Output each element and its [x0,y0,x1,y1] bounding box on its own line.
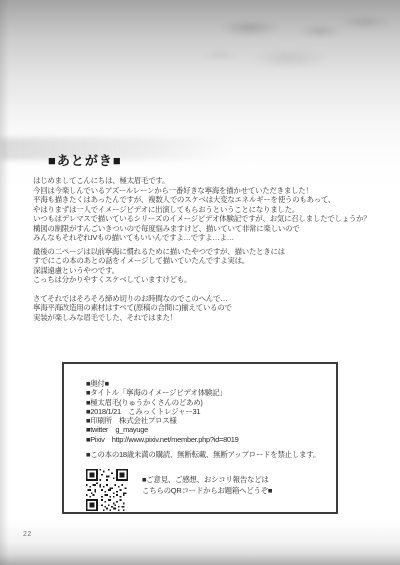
afterword-line: やはりまずは一人でイメージビデオに出演してもらおうということになりました。 [33,205,374,215]
afterword-line: 今回は今楽しんでいるアズールレーンから一番好きな寧海を描かせていただきました！ [33,186,374,196]
afterword-line: いつもはデレマスで描いているシリーズのイメージビデオ体験記ですが、お気に召しまし… [33,214,374,224]
colophon-circle-name: ■極太眉毛(りゅうかくさんのどあめ) [86,398,336,407]
page-number: 22 [23,531,32,538]
colophon-twitter: ■twitter g_mayuge [86,425,336,434]
afterword-paragraph-1: はじめましてこんにちは、極太眉毛です。 今回は今楽しんでいるアズールレーンから一… [33,176,374,243]
afterword-line: はじめましてこんにちは、極太眉毛です。 [33,176,374,186]
afterword-line: 実装が楽しみな眉毛でした、それではまた！ [33,313,374,323]
colophon-title: ■タイトル「寧海のイメージビデオ体験記」 [86,388,336,397]
afterword-line: 寧海平海改造用の素材はすべて(原稿の合間に)揃えているので [33,303,374,313]
qr-note-line-1: ■ご意見、ご感想、おシコリ報告などは [142,474,272,485]
colophon-event-date: ■2018/1/21 こみっくトレジャー31 [86,407,336,416]
afterword-paragraph-2: 最後の二ページは以前寧海に慣れるために描いたやつですが、描いたときには すでにこ… [33,247,374,285]
afterword-line: 深謀遠慮というやつです。 [33,266,374,276]
afterword-line: みんなもそれぞれIVもの描いてもいいんですよ…ですよ…よ… [33,233,374,243]
afterword-line: すでにこの本のあとの話をイメージして描いていたんですよ実は。 [33,256,374,266]
colophon-notice: ■この本の18歳未満の購読、無断転載、無断アップロードを禁止します。 [86,450,336,459]
colophon-heading: ■奥付■ [86,379,336,388]
afterword-line: 構図の制限がすんごいきついので毎度悩みますけど、描いていて非常に楽しいので [33,224,374,234]
qr-code-icon [86,469,128,511]
afterword-section: ■あとがき■ はじめましてこんにちは、極太眉毛です。 今回は今楽しんでいるアズー… [33,153,374,322]
afterword-line: こっちは分かりやすくスケベしていますけども。 [33,275,374,285]
qr-block: ■ご意見、ご感想、おシコリ報告などは こちらのQRコードからお題箱へどうぞ■ [86,469,336,511]
colophon-pixiv-url: ■Pixiv http://www.pixiv.net/member.php?i… [86,435,336,444]
afterword-line: さてそれではそろそろ締め切りのお時間なのでこのへんで… [33,294,374,304]
scan-bleedthrough-blotches [195,0,400,105]
colophon-box: ■奥付■ ■タイトル「寧海のイメージビデオ体験記」 ■極太眉毛(りゅうかくさんの… [62,362,338,514]
afterword-line: 平海も描きたくはあったんですが、複数人でのスケベは大変なエネルギーを使うのもあっ… [33,195,374,205]
scan-edge-shadow [0,0,9,565]
afterword-paragraph-3: さてそれではそろそろ締め切りのお時間なのでこのへんで… 寧海平海改造用の素材はす… [33,294,374,323]
afterword-heading: ■あとがき■ [48,153,374,169]
qr-note: ■ご意見、ご感想、おシコリ報告などは こちらのQRコードからお題箱へどうぞ■ [142,469,272,496]
scanned-page: ■あとがき■ はじめましてこんにちは、極太眉毛です。 今回は今楽しんでいるアズー… [0,0,400,565]
colophon-printer: ■印刷所 株式会社プロス様 [86,416,336,425]
afterword-line: 最後の二ページは以前寧海に慣れるために描いたやつですが、描いたときには [33,247,374,257]
qr-note-line-2: こちらのQRコードからお題箱へどうぞ■ [142,485,272,496]
